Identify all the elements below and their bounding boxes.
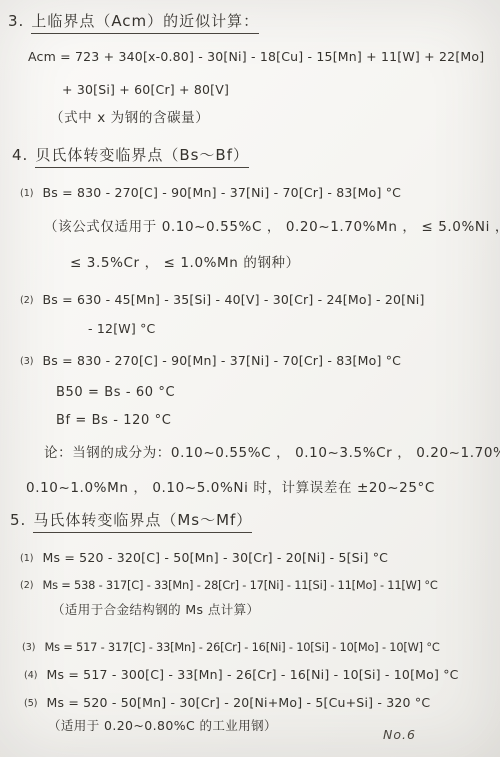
ms-formula-4-text: Ms = 517 - 300[C] - 33[Mn] - 26[Cr] - 16… [46, 667, 458, 682]
bs-formula-1-text: Bs = 830 - 270[C] - 90[Mn] - 37[Ni] - 70… [42, 185, 401, 200]
ms5-note: （适用于 0.20~0.80%C 的工业用钢） [48, 719, 277, 733]
ms2-note: （适用于合金结构钢的 Ms 点计算） [52, 603, 259, 617]
item3-label: (3) [20, 356, 33, 367]
ms-item2-label: (2) [20, 580, 33, 591]
section5-heading: 5.马氏体转变临界点（Ms～Mf） [10, 512, 252, 529]
ms-formula-2: (2)Ms = 538 - 317[C] - 33[Mn] - 28[Cr] -… [20, 575, 438, 593]
bf-formula: Bf = Bs - 120 °C [56, 414, 171, 429]
section3-note: （式中 x 为钢的含碳量） [50, 111, 209, 127]
ms-item4-label: (4) [24, 670, 37, 681]
item1-label: (1) [20, 188, 33, 199]
bs1-note-line1: （该公式仅适用于 0.10~0.55%C ， 0.20~1.70%Mn ， ≤ … [44, 220, 500, 236]
item2-label: (2) [20, 295, 33, 306]
ms-formula-5-text: Ms = 520 - 50[Mn] - 30[Cr] - 20[Ni+Mo] -… [46, 695, 430, 710]
bs-formula-2: (2)Bs = 630 - 45[Mn] - 35[Si] - 40[V] - … [20, 290, 425, 308]
page-number: No.6 [383, 728, 416, 742]
b50-formula: B50 = Bs - 60 °C [56, 386, 175, 401]
ms-item1-label: (1) [20, 553, 33, 564]
bs1-note-line2: ≤ 3.5%Cr ， ≤ 1.0%Mn 的钢种） [70, 256, 300, 272]
ms-formula-1: (1)Ms = 520 - 320[C] - 50[Mn] - 30[Cr] -… [20, 548, 388, 566]
acm-formula-line2: + 30[Si] + 60[Cr] + 80[V] [62, 83, 229, 97]
section3-heading: 3.上临界点（Acm）的近似计算： [8, 13, 259, 30]
bs-formula-2-line1: Bs = 630 - 45[Mn] - 35[Si] - 40[V] - 30[… [42, 292, 424, 307]
section4-title: 贝氏体转变临界点（Bs～Bf） [35, 146, 249, 168]
section3-title: 上临界点（Acm）的近似计算： [31, 12, 259, 34]
bs-formula-3: (3)Bs = 830 - 270[C] - 90[Mn] - 37[Ni] -… [20, 351, 401, 369]
section3-number: 3. [8, 13, 24, 30]
handwritten-notes-page: 3.上临界点（Acm）的近似计算： Acm = 723 + 340[x-0.80… [0, 0, 500, 757]
section4-note-line1: 论：当钢的成分为：0.10~0.55%C ， 0.10~3.5%Cr ， 0.2… [44, 446, 500, 462]
section4-number: 4. [12, 147, 28, 164]
ms-formula-3: (3)Ms = 517 - 317[C] - 33[Mn] - 26[Cr] -… [22, 637, 440, 655]
ms-formula-1-text: Ms = 520 - 320[C] - 50[Mn] - 30[Cr] - 20… [42, 550, 388, 565]
bs-formula-2-line2: - 12[W] °C [88, 322, 155, 336]
bs-formula-1: (1)Bs = 830 - 270[C] - 90[Mn] - 37[Ni] -… [20, 183, 401, 201]
ms-formula-4: (4)Ms = 517 - 300[C] - 33[Mn] - 26[Cr] -… [24, 665, 459, 683]
section4-note-line2: 0.10~1.0%Mn ， 0.10~5.0%Ni 时，计算误差在 ±20~25… [26, 481, 435, 497]
ms-item5-label: (5) [24, 698, 37, 709]
acm-formula-line1: Acm = 723 + 340[x-0.80] - 30[Ni] - 18[Cu… [28, 50, 484, 64]
ms-formula-5: (5)Ms = 520 - 50[Mn] - 30[Cr] - 20[Ni+Mo… [24, 693, 430, 711]
ms-formula-2-text: Ms = 538 - 317[C] - 33[Mn] - 28[Cr] - 17… [42, 578, 437, 592]
ms-item3-label: (3) [22, 642, 35, 653]
bs-formula-3-text: Bs = 830 - 270[C] - 90[Mn] - 37[Ni] - 70… [42, 353, 401, 368]
ms-formula-3-text: Ms = 517 - 317[C] - 33[Mn] - 26[Cr] - 16… [44, 640, 439, 654]
section4-heading: 4.贝氏体转变临界点（Bs～Bf） [12, 147, 249, 164]
section5-number: 5. [10, 512, 26, 529]
section5-title: 马氏体转变临界点（Ms～Mf） [33, 511, 252, 533]
